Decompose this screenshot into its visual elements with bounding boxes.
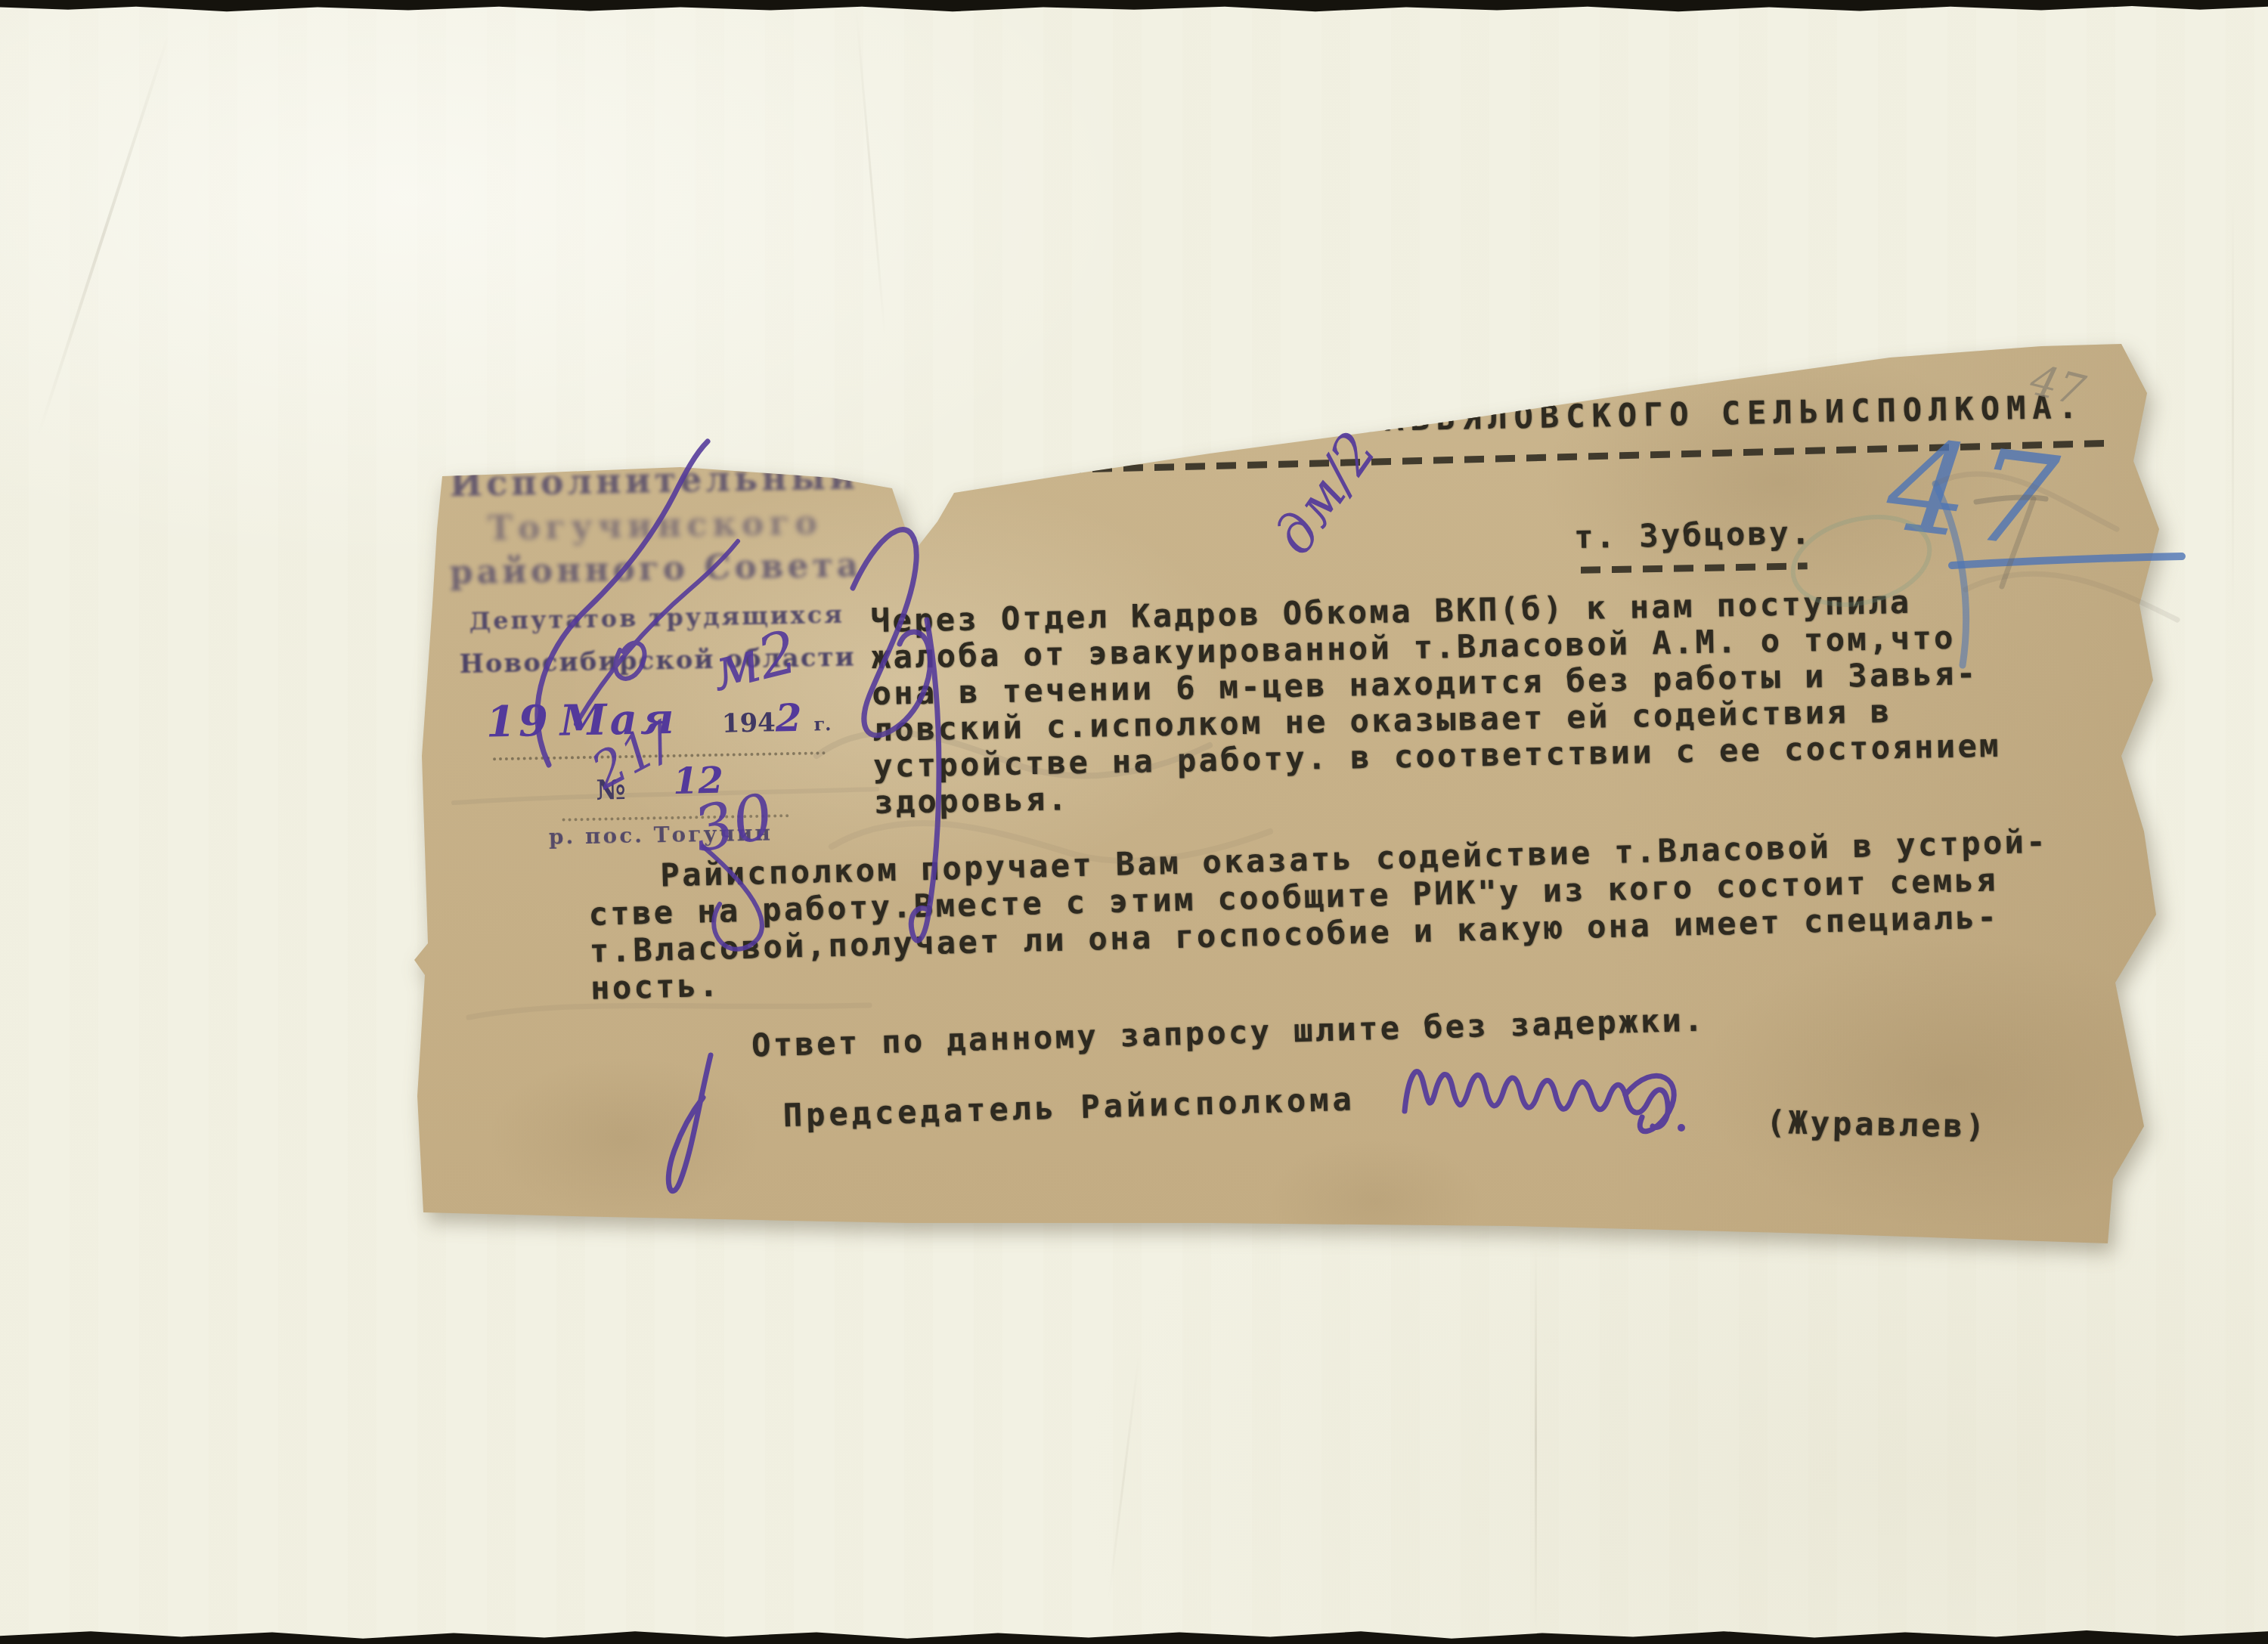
backing-crease	[855, 7, 886, 339]
stamp-org-line2: Тогучинского	[428, 503, 882, 550]
signature-name: (Журавлев)	[1766, 1104, 1988, 1145]
backing-crease	[1108, 1354, 1140, 1602]
stamp-org-line3: районного Совета	[429, 546, 883, 593]
backing-crease	[1535, 1247, 1537, 1633]
stamp-rule	[604, 439, 702, 443]
scanner-edge-bottom	[0, 1626, 2268, 1644]
stamp-country: Р. С. Ф. С. Р.	[426, 403, 880, 434]
backing-crease	[2232, 197, 2234, 620]
stamp-year-printed: 194	[721, 707, 776, 738]
stamp-year-hand: 2	[775, 695, 805, 741]
signature-role: Председатель Райисполкома	[782, 1080, 1356, 1134]
stamp-year-suffix: г.	[813, 713, 832, 735]
paragraph-3: Ответ по данному запросу шлите без задер…	[751, 1001, 1706, 1063]
paragraph-1: Через Отдел Кадров Обкома ВКП(б) к нам п…	[870, 583, 2002, 821]
addressee-dashed-underline	[1581, 562, 1808, 573]
stamp-org-line5: Новосибирской области	[430, 642, 885, 680]
backing-crease	[37, 33, 171, 436]
stamp-date-day: 19	[485, 696, 551, 748]
sender-stamp: Р. С. Ф. С. Р. Исполнительный Тогучинско…	[426, 389, 888, 881]
stamp-place: р. пос. Тогучин	[434, 819, 888, 852]
addressee: т. Зубцову.	[1564, 514, 1822, 556]
scanner-edge-top	[0, 0, 2268, 12]
corner-number-blue: 47	[1880, 410, 2071, 579]
stamp-org-line4: Депутатов трудящихся	[429, 599, 884, 636]
scanned-archival-letter: { "palette": { "scan_background": "#f2f1…	[0, 0, 2268, 1644]
stamp-org-line1: Исполнительный	[427, 456, 881, 505]
